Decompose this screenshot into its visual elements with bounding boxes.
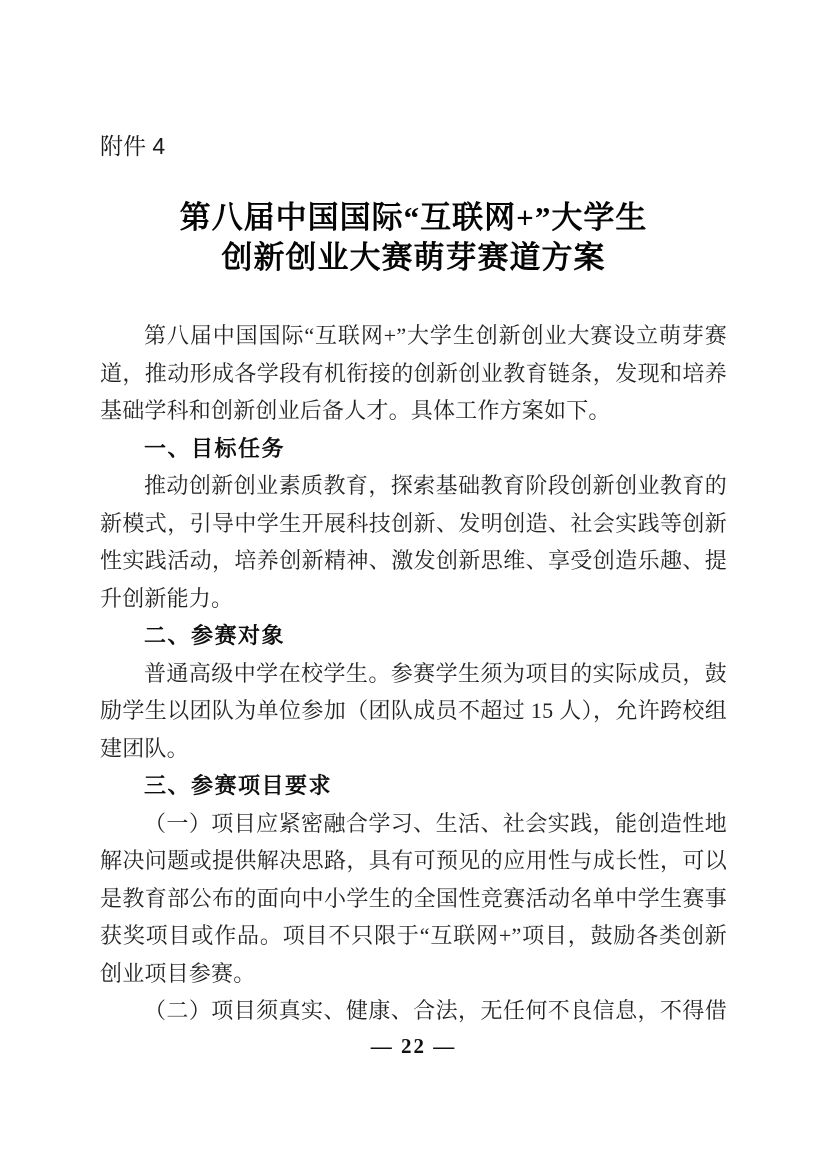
section-goals-paragraph: 推动创新创业素质教育，探索基础教育阶段创新创业教育的新模式，引导中学生开展科技创…	[100, 467, 727, 617]
document-title: 第八届中国国际“互联网+”大学生 创新创业大赛萌芽赛道方案	[100, 198, 727, 278]
document-page: 附件 4 第八届中国国际“互联网+”大学生 创新创业大赛萌芽赛道方案 第八届中国…	[0, 0, 827, 1170]
page-footer: — 22 —	[0, 1031, 827, 1061]
attachment-label: 附件 4	[100, 131, 165, 161]
document-body: 第八届中国国际“互联网+”大学生创新创业大赛设立萌芽赛道，推动形成各学段有机衔接…	[100, 317, 727, 1030]
section-heading-project-requirements: 三、参赛项目要求	[100, 767, 727, 805]
section-requirements-paragraph-2-clipped: （二）项目须真实、健康、合法，无任何不良信息，不得借	[100, 992, 727, 1030]
section-heading-participants: 二、参赛对象	[100, 617, 727, 655]
section-requirements-paragraph-1: （一）项目应紧密融合学习、生活、社会实践，能创造性地解决问题或提供解决思路，具有…	[100, 805, 727, 993]
intro-paragraph: 第八届中国国际“互联网+”大学生创新创业大赛设立萌芽赛道，推动形成各学段有机衔接…	[100, 317, 727, 430]
title-line-2: 创新创业大赛萌芽赛道方案	[100, 238, 727, 278]
page-number: — 22 —	[371, 1034, 457, 1058]
section-heading-goals: 一、目标任务	[100, 430, 727, 468]
section-participants-paragraph: 普通高级中学在校学生。参赛学生须为项目的实际成员，鼓励学生以团队为单位参加（团队…	[100, 655, 727, 768]
title-line-1: 第八届中国国际“互联网+”大学生	[100, 198, 727, 238]
